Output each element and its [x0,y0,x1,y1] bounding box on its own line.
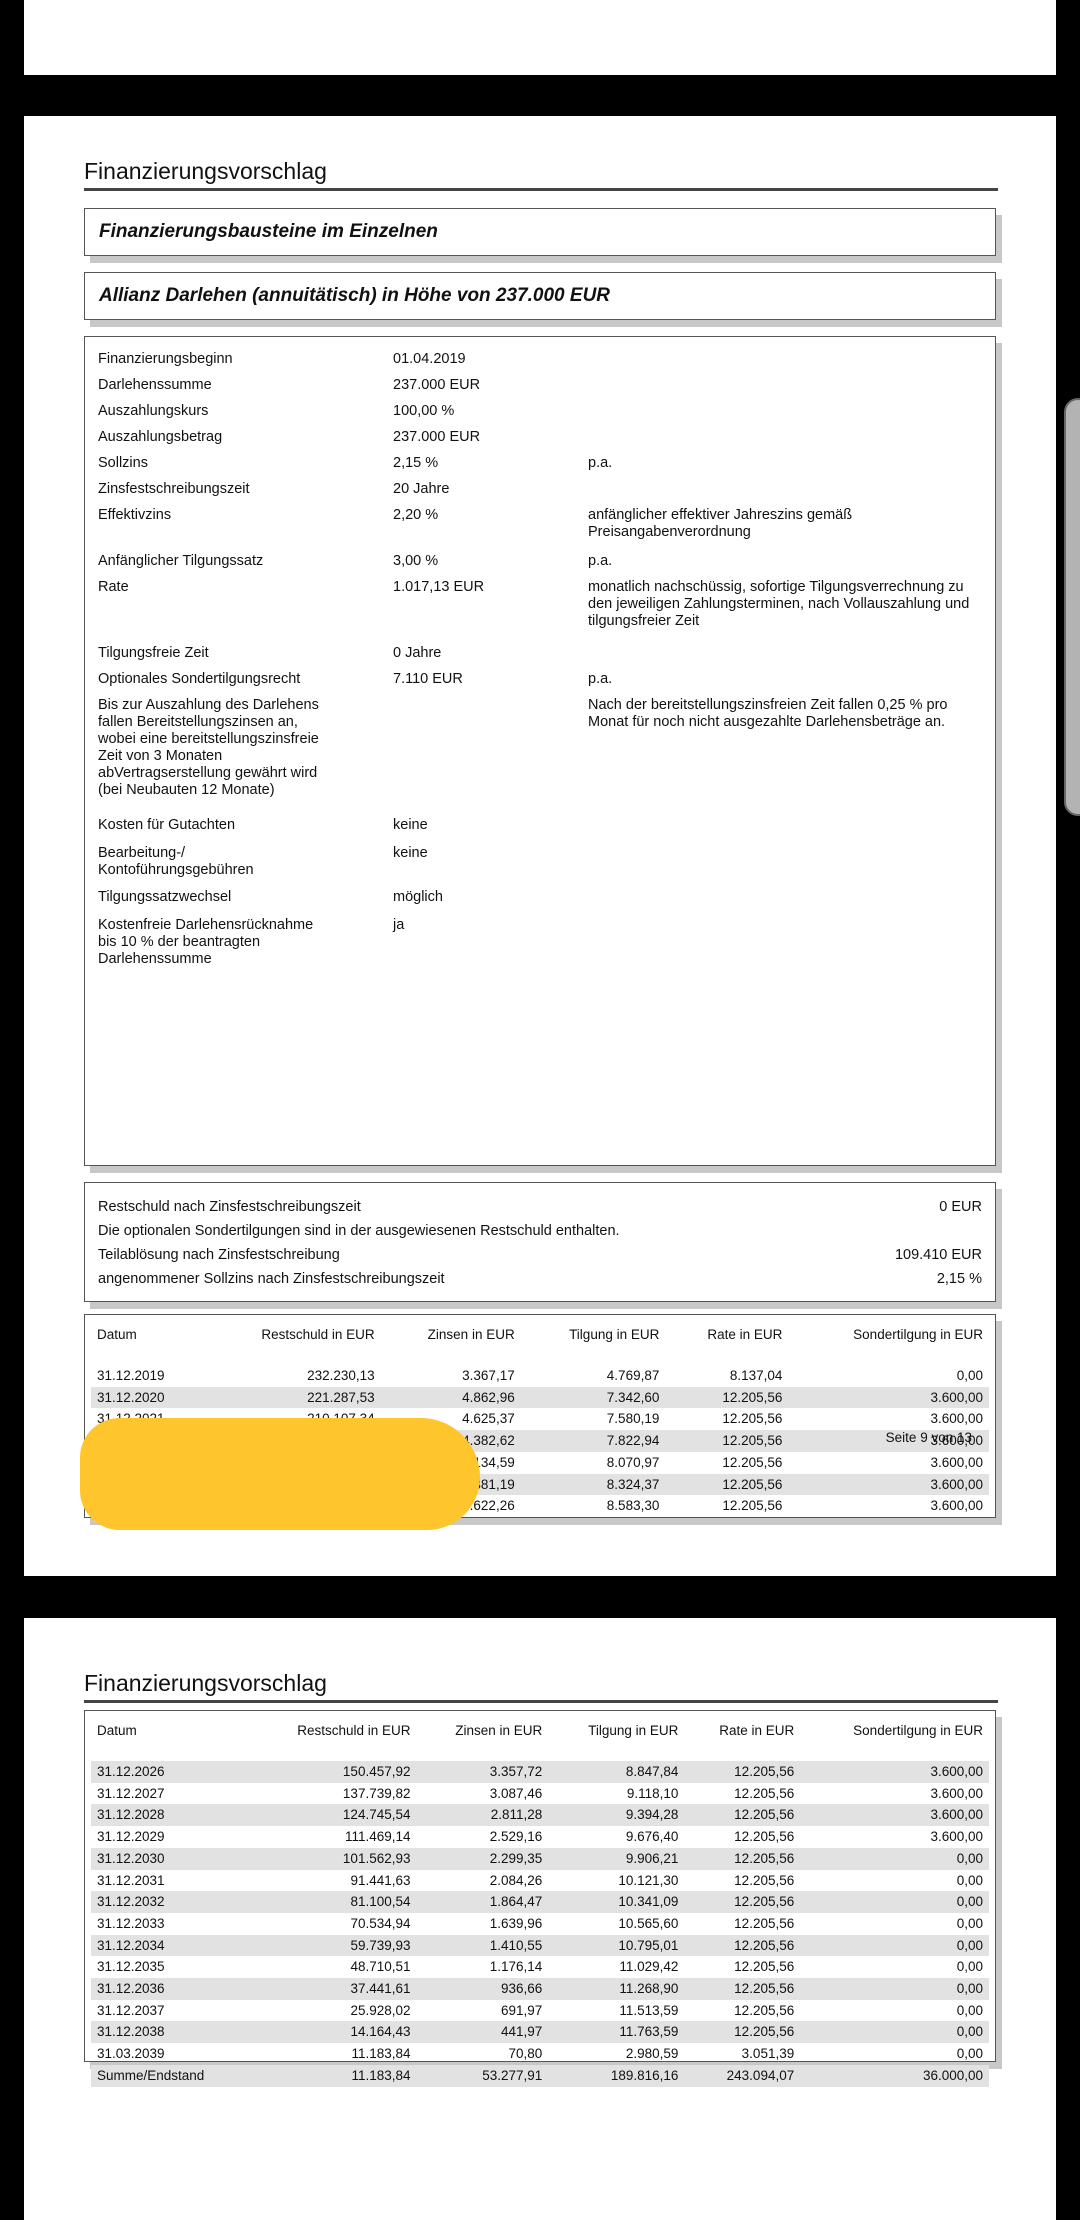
table-cell: 12.205,56 [665,1430,788,1452]
table-cell: 4.769,87 [521,1365,666,1387]
table-row: 31.12.203637.441,61936,6611.268,9012.205… [91,1978,989,2000]
table-cell: 53.277,91 [417,2065,549,2087]
table-cell: 0,00 [800,1935,989,1957]
table-cell: 12.205,56 [684,1978,800,2000]
table-cell: 81.100,54 [250,1891,417,1913]
page-title: Finanzierungsvorschlag [84,158,327,185]
table-cell: 25.928,02 [250,2000,417,2022]
table-cell: 232.230,13 [204,1365,381,1387]
detail-value: 3,00 % [393,553,573,570]
column-header: Datum [91,1723,250,1761]
page-title: Finanzierungsvorschlag [84,1670,327,1697]
table-cell: 12.205,56 [684,1956,800,1978]
table-cell: 36.000,00 [800,2065,989,2087]
table-cell: 4.862,96 [381,1387,521,1409]
table-cell: 31.12.2030 [91,1848,250,1870]
table-cell: 8.324,37 [521,1474,666,1496]
detail-value: 2,15 % [393,455,573,472]
table-cell: 11.513,59 [548,2000,684,2022]
summary-label: Teilablösung nach Zinsfestschreibung [98,1247,340,1263]
table-cell: 31.12.2026 [91,1761,250,1783]
detail-note: p.a. [588,553,988,570]
table-cell: 150.457,92 [250,1761,417,1783]
table-cell: 48.710,51 [250,1956,417,1978]
table-cell: 0,00 [800,2021,989,2043]
table-cell: 37.441,61 [250,1978,417,2000]
table-cell: 8.137,04 [665,1365,788,1387]
table-row: 31.12.2020221.287,534.862,967.342,6012.2… [91,1387,989,1409]
table-cell: 0,00 [800,1870,989,1892]
table-cell: 12.205,56 [684,1848,800,1870]
table-cell: 3.600,00 [788,1474,989,1496]
detail-value: 100,00 % [393,403,573,420]
column-header: Restschuld in EUR [250,1723,417,1761]
table-cell: 12.205,56 [684,1913,800,1935]
redaction-mark [80,1418,480,1530]
table-cell: 3.600,00 [788,1452,989,1474]
detail-label: Bis zur Auszahlung des Darlehens fallen … [98,697,328,799]
detail-label: Kosten für Gutachten [98,817,328,834]
table-cell: 31.12.2033 [91,1913,250,1935]
table-cell: 31.12.2027 [91,1783,250,1805]
column-header: Tilgung in EUR [548,1723,684,1761]
amortization-table: DatumRestschuld in EURZinsen in EURTilgu… [91,1723,989,2087]
detail-label: Tilgungsfreie Zeit [98,645,328,662]
table-cell: 70.534,94 [250,1913,417,1935]
table-cell: 59.739,93 [250,1935,417,1957]
detail-value: 01.04.2019 [393,351,573,368]
table-cell: 31.12.2038 [91,2021,250,2043]
detail-note: p.a. [588,455,988,472]
summary-value: 2,15 % [937,1271,982,1287]
detail-label: Effektivzins [98,507,328,524]
table-cell: 31.12.2020 [91,1387,204,1409]
table-cell: 0,00 [800,1978,989,2000]
detail-label: Kostenfreie Darlehensrücknahme bis 10 % … [98,917,328,968]
table-cell: 12.205,56 [684,2000,800,2022]
table-cell: 12.205,56 [684,1826,800,1848]
table-cell: 12.205,56 [684,1783,800,1805]
table-cell: 10.121,30 [548,1870,684,1892]
table-cell: 691,97 [417,2000,549,2022]
table-cell: 12.205,56 [665,1474,788,1496]
table-cell: 12.205,56 [665,1452,788,1474]
detail-label: Finanzierungsbeginn [98,351,328,368]
table-row: 31.12.203459.739,931.410,5510.795,0112.2… [91,1935,989,1957]
detail-note: anfänglicher effektiver Jahreszins gemäß… [588,507,988,541]
scroll-handle[interactable] [1064,398,1080,816]
table-row: 31.12.203191.441,632.084,2610.121,3012.2… [91,1870,989,1892]
detail-value: 1.017,13 EUR [393,579,573,596]
summary-row: Restschuld nach Zinsfestschreibungszeit0… [98,1199,982,1215]
table-cell: 137.739,82 [250,1783,417,1805]
table-cell: 3.087,46 [417,1783,549,1805]
table-cell: 0,00 [788,1365,989,1387]
table-cell: 31.12.2036 [91,1978,250,2000]
detail-value: 2,20 % [393,507,573,524]
table-cell: 8.847,84 [548,1761,684,1783]
table-cell: 31.12.2032 [91,1891,250,1913]
summary-row: Teilablösung nach Zinsfestschreibung109.… [98,1247,982,1263]
table-cell: 3.600,00 [800,1826,989,1848]
loan-heading: Allianz Darlehen (annuitätisch) in Höhe … [99,285,610,307]
table-cell: 31.12.2037 [91,2000,250,2022]
detail-value: keine [393,817,573,834]
detail-value: ja [393,917,573,934]
page-number: Seite 9 von 13 [886,1430,972,1445]
table-cell: 12.205,56 [665,1387,788,1409]
table-cell: 11.763,59 [548,2021,684,2043]
table-cell: 3.600,00 [788,1408,989,1430]
table-cell: 12.205,56 [684,1804,800,1826]
previous-page [24,0,1056,75]
detail-note: p.a. [588,671,988,688]
table-cell: 10.341,09 [548,1891,684,1913]
table-cell: 8.583,30 [521,1495,666,1517]
table-cell: 3.051,39 [684,2043,800,2065]
table-cell: 2.529,16 [417,1826,549,1848]
table-cell: 2.980,59 [548,2043,684,2065]
table-cell: 12.205,56 [684,1870,800,1892]
table-cell: 3.600,00 [800,1804,989,1826]
table-row: Summe/Endstand11.183,8453.277,91189.816,… [91,2065,989,2087]
detail-value: 0 Jahre [393,645,573,662]
table-cell: 3.367,17 [381,1365,521,1387]
table-cell: 0,00 [800,2043,989,2065]
table-row: 31.12.203814.164,43441,9711.763,5912.205… [91,2021,989,2043]
table-cell: 1.864,47 [417,1891,549,1913]
table-row: 31.12.203281.100,541.864,4710.341,0912.2… [91,1891,989,1913]
summary-row: angenommener Sollzins nach Zinsfestschre… [98,1271,982,1287]
table-row: 31.12.2028124.745,542.811,289.394,2812.2… [91,1804,989,1826]
schedule-box-2: DatumRestschuld in EURZinsen in EURTilgu… [84,1710,996,2062]
detail-value: keine [393,845,573,862]
column-header: Datum [91,1327,204,1365]
summary-label: Die optionalen Sondertilgungen sind in d… [98,1223,620,1239]
table-cell: 31.12.2035 [91,1956,250,1978]
detail-value: 20 Jahre [393,481,573,498]
title-rule [84,188,998,191]
table-cell: 0,00 [800,2000,989,2022]
detail-value: möglich [393,889,573,906]
table-cell: 1.410,55 [417,1935,549,1957]
detail-label: Optionales Sondertilgungsrecht [98,671,328,688]
table-cell: 124.745,54 [250,1804,417,1826]
column-header: Restschuld in EUR [204,1327,381,1365]
table-cell: 9.118,10 [548,1783,684,1805]
detail-label: Tilgungssatzwechsel [98,889,328,906]
summary-value: 109.410 EUR [895,1247,982,1263]
table-cell: 14.164,43 [250,2021,417,2043]
table-cell: 3.600,00 [788,1495,989,1517]
table-cell: Summe/Endstand [91,2065,250,2087]
table-cell: 101.562,93 [250,1848,417,1870]
table-cell: 189.816,16 [548,2065,684,2087]
table-cell: 31.12.2031 [91,1870,250,1892]
table-cell: 12.205,56 [684,1761,800,1783]
table-cell: 3.600,00 [800,1783,989,1805]
table-cell: 0,00 [800,1913,989,1935]
document-page-9: Finanzierungsvorschlag Finanzierungsbaus… [24,116,1056,1576]
table-cell: 11.029,42 [548,1956,684,1978]
detail-label: Anfänglicher Tilgungssatz [98,553,328,570]
table-cell: 10.565,60 [548,1913,684,1935]
table-cell: 12.205,56 [665,1408,788,1430]
summary-row: Die optionalen Sondertilgungen sind in d… [98,1223,982,1239]
table-cell: 91.441,63 [250,1870,417,1892]
table-cell: 7.822,94 [521,1430,666,1452]
table-cell: 7.342,60 [521,1387,666,1409]
table-cell: 12.205,56 [665,1495,788,1517]
table-cell: 9.676,40 [548,1826,684,1848]
table-cell: 11.183,84 [250,2065,417,2087]
table-cell: 31.12.2028 [91,1804,250,1826]
table-cell: 0,00 [800,1956,989,1978]
section-heading: Finanzierungsbausteine im Einzelnen [99,221,438,243]
document-page-10: Finanzierungsvorschlag DatumRestschuld i… [24,1618,1056,2220]
table-row: 31.12.2019232.230,133.367,174.769,878.13… [91,1365,989,1387]
detail-value: 7.110 EUR [393,671,573,688]
detail-label: Bearbeitung-/ Kontoführungsgebühren [98,845,328,879]
table-row: 31.03.203911.183,8470,802.980,593.051,39… [91,2043,989,2065]
detail-label: Auszahlungsbetrag [98,429,328,446]
table-cell: 3.357,72 [417,1761,549,1783]
detail-label: Auszahlungskurs [98,403,328,420]
detail-value: 237.000 EUR [393,429,573,446]
table-cell: 111.469,14 [250,1826,417,1848]
detail-note: Nach der bereitstellungszinsfreien Zeit … [588,697,988,731]
detail-note: monatlich nachschüssig, sofortige Tilgun… [588,579,988,630]
loan-details-box: Finanzierungsbeginn01.04.2019Darlehenssu… [84,336,996,1166]
loan-heading-box: Allianz Darlehen (annuitätisch) in Höhe … [84,272,996,320]
table-cell: 7.580,19 [521,1408,666,1430]
table-cell: 9.394,28 [548,1804,684,1826]
table-cell: 221.287,53 [204,1387,381,1409]
table-cell: 441,97 [417,2021,549,2043]
detail-label: Rate [98,579,328,596]
summary-label: Restschuld nach Zinsfestschreibungszeit [98,1199,361,1215]
table-cell: 70,80 [417,2043,549,2065]
column-header: Sondertilgung in EUR [788,1327,989,1365]
table-cell: 31.12.2019 [91,1365,204,1387]
title-rule [84,1700,998,1703]
table-cell: 9.906,21 [548,1848,684,1870]
table-row: 31.12.203370.534,941.639,9610.565,6012.2… [91,1913,989,1935]
summary-value: 0 EUR [939,1199,982,1215]
table-cell: 2.811,28 [417,1804,549,1826]
table-row: 31.12.2027137.739,823.087,469.118,1012.2… [91,1783,989,1805]
table-cell: 31.03.2039 [91,2043,250,2065]
table-cell: 2.084,26 [417,1870,549,1892]
detail-label: Zinsfestschreibungszeit [98,481,328,498]
section-heading-box: Finanzierungsbausteine im Einzelnen [84,208,996,256]
detail-label: Darlehenssumme [98,377,328,394]
table-cell: 11.268,90 [548,1978,684,2000]
table-cell: 11.183,84 [250,2043,417,2065]
column-header: Zinsen in EUR [417,1723,549,1761]
table-cell: 2.299,35 [417,1848,549,1870]
table-row: 31.12.2030101.562,932.299,359.906,2112.2… [91,1848,989,1870]
table-cell: 1.176,14 [417,1956,549,1978]
table-cell: 3.600,00 [800,1761,989,1783]
detail-label: Sollzins [98,455,328,472]
column-header: Zinsen in EUR [381,1327,521,1365]
table-cell: 12.205,56 [684,1891,800,1913]
table-row: 31.12.2029111.469,142.529,169.676,4012.2… [91,1826,989,1848]
detail-value: 237.000 EUR [393,377,573,394]
table-cell: 0,00 [800,1848,989,1870]
column-header: Rate in EUR [684,1723,800,1761]
table-cell: 1.639,96 [417,1913,549,1935]
table-cell: 0,00 [800,1891,989,1913]
table-cell: 10.795,01 [548,1935,684,1957]
summary-box: Restschuld nach Zinsfestschreibungszeit0… [84,1182,996,1302]
column-header: Tilgung in EUR [521,1327,666,1365]
column-header: Rate in EUR [665,1327,788,1365]
table-row: 31.12.203725.928,02691,9711.513,5912.205… [91,2000,989,2022]
table-cell: 243.094,07 [684,2065,800,2087]
table-cell: 3.600,00 [788,1387,989,1409]
table-row: 31.12.2026150.457,923.357,728.847,8412.2… [91,1761,989,1783]
table-row: 31.12.203548.710,511.176,1411.029,4212.2… [91,1956,989,1978]
column-header: Sondertilgung in EUR [800,1723,989,1761]
summary-label: angenommener Sollzins nach Zinsfestschre… [98,1271,445,1287]
table-cell: 936,66 [417,1978,549,2000]
table-cell: 12.205,56 [684,1935,800,1957]
table-cell: 8.070,97 [521,1452,666,1474]
table-cell: 12.205,56 [684,2021,800,2043]
table-cell: 31.12.2034 [91,1935,250,1957]
table-cell: 31.12.2029 [91,1826,250,1848]
